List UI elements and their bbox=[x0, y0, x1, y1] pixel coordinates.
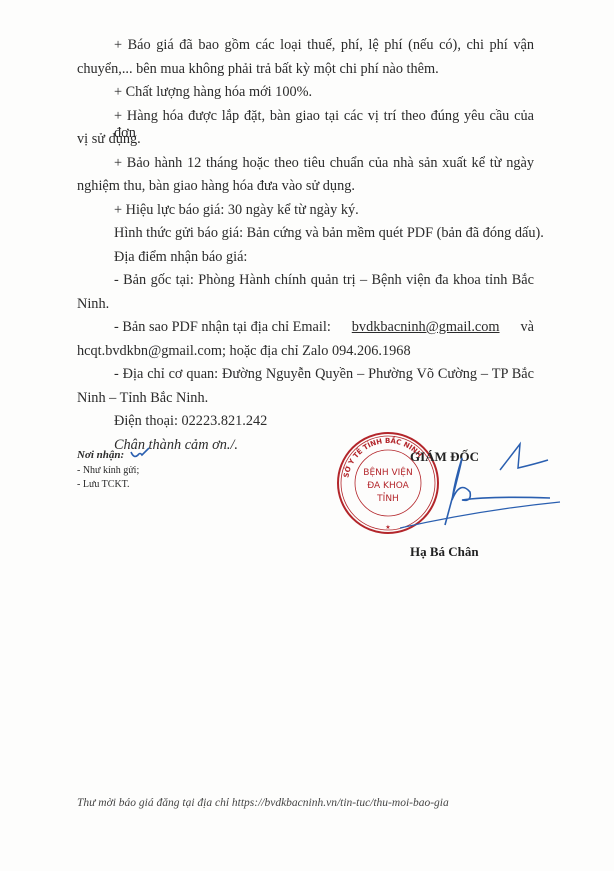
p8-line1: - Bản gốc tại: Phòng Hành chính quản trị… bbox=[114, 272, 534, 289]
p3-line2: vị sử dụng. bbox=[77, 131, 141, 148]
p2: + Chất lượng hàng hóa mới 100%. bbox=[114, 84, 312, 101]
handwritten-signature-icon bbox=[400, 440, 590, 530]
phone: Điện thoại: 02223.821.242 bbox=[114, 413, 267, 430]
p4-line1: + Bảo hành 12 tháng hoặc theo tiêu chuẩn… bbox=[114, 155, 534, 172]
p1-line2: chuyển,... bên mua không phải trả bất kỳ… bbox=[77, 61, 439, 78]
p9-line2: hcqt.bvdkbn@gmail.com; hoặc địa chỉ Zalo… bbox=[77, 343, 411, 360]
p5: + Hiệu lực báo giá: 30 ngày kể từ ngày k… bbox=[114, 202, 359, 219]
svg-text:TỈNH: TỈNH bbox=[376, 492, 399, 504]
p6: Hình thức gửi báo giá: Bản cứng và bản m… bbox=[114, 225, 544, 242]
email-link[interactable]: bvdkbacninh@gmail.com bbox=[352, 319, 500, 336]
p10-line2: Ninh – Tỉnh Bắc Ninh. bbox=[77, 390, 208, 407]
initial-mark-icon bbox=[130, 446, 150, 460]
recipient-item: - Lưu TCKT. bbox=[77, 479, 130, 490]
p1-line1: + Báo giá đã bao gồm các loại thuế, phí,… bbox=[114, 37, 534, 54]
recipient-item: - Như kính gửi; bbox=[77, 465, 139, 476]
signer-name: Hạ Bá Chân bbox=[410, 544, 479, 560]
p9-line1: - Bản sao PDF nhận tại địa chỉ Email: bv… bbox=[114, 319, 534, 336]
p3-line1: + Hàng hóa được lắp đặt, bàn giao tại cá… bbox=[114, 108, 534, 142]
p8-line2: Ninh. bbox=[77, 296, 109, 313]
p10-line1: - Địa chỉ cơ quan: Đường Nguyễn Quyền – … bbox=[114, 366, 534, 383]
svg-text:★: ★ bbox=[385, 524, 390, 531]
p7: Địa điểm nhận báo giá: bbox=[114, 249, 247, 266]
p4-line2: nghiệm thu, bàn giao hàng hóa đưa vào sử… bbox=[77, 178, 355, 195]
footer-note: Thư mời báo giá đăng tại địa chỉ https:/… bbox=[77, 797, 449, 809]
recipients-title: Nơi nhận: bbox=[77, 449, 124, 461]
